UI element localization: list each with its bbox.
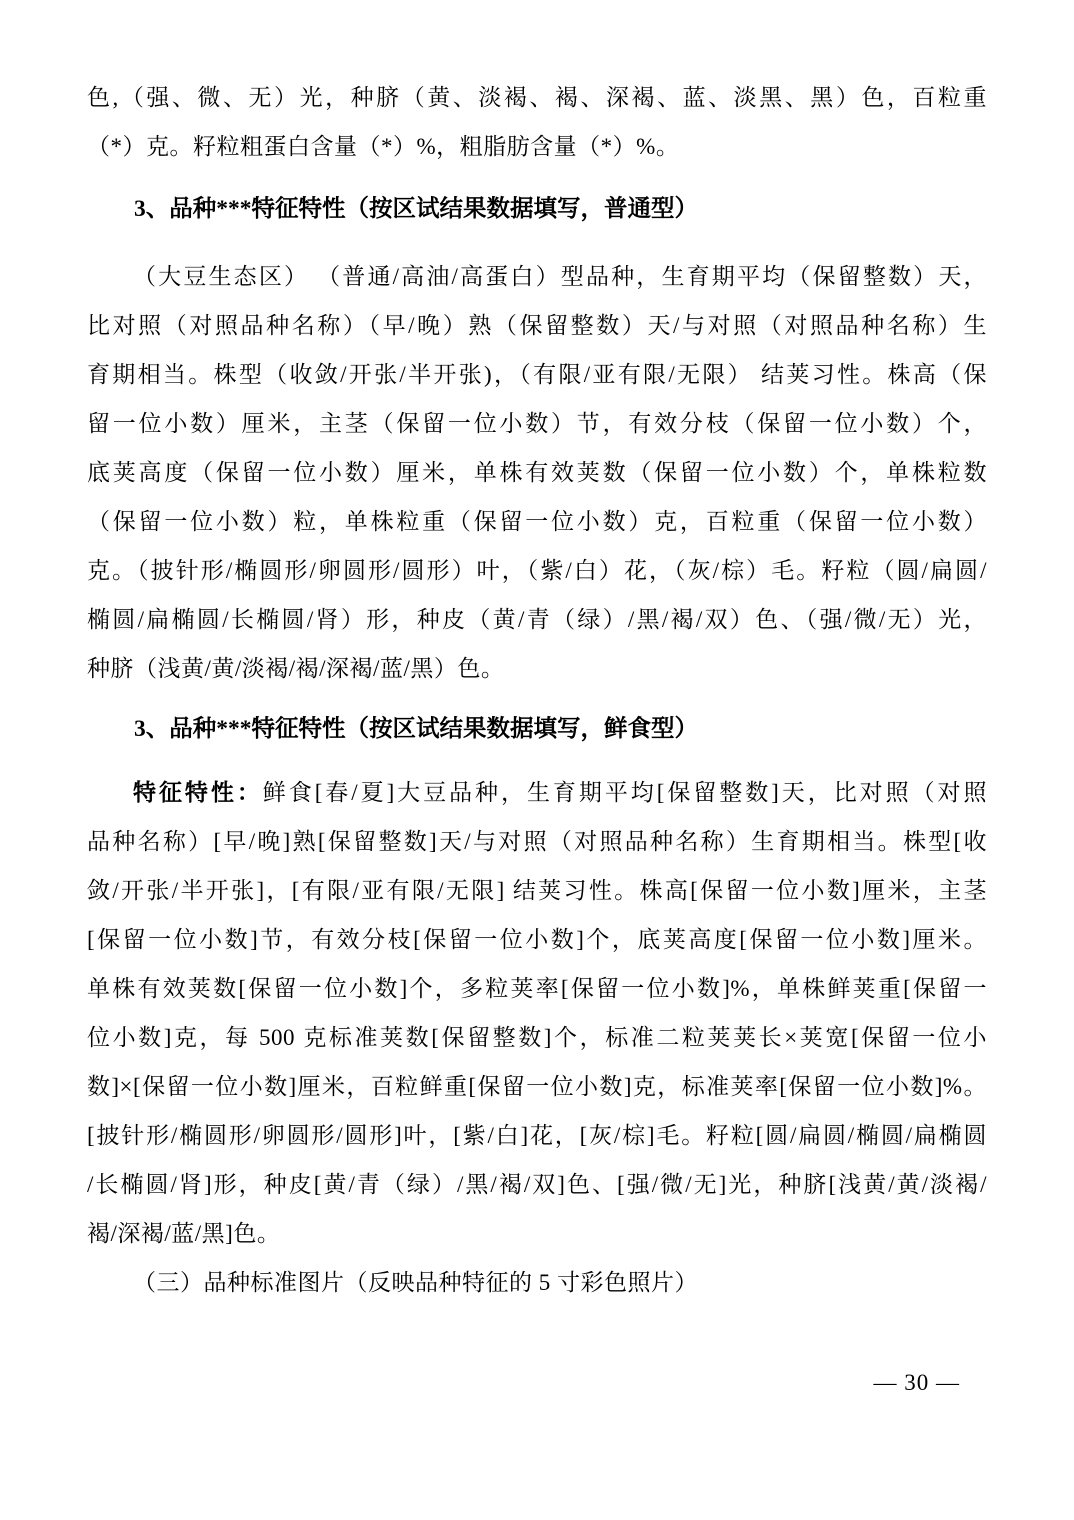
paragraph-continuation: 色,（强、微、无）光，种脐（黄、淡褐、褐、深褐、蓝、淡黑、黑）色，百粒重 （*）…	[87, 73, 987, 171]
text-line: 褐/深褐/蓝/黑]色。	[87, 1209, 987, 1258]
text-line: 色,（强、微、无）光，种脐（黄、淡褐、褐、深褐、蓝、淡黑、黑）色，百粒重	[87, 73, 987, 122]
paragraph-common-type: （大豆生态区） （普通/高油/高蛋白）型品种，生育期平均（保留整数）天， 比对照…	[87, 252, 987, 693]
document-content: 色,（强、微、无）光，种脐（黄、淡褐、褐、深褐、蓝、淡黑、黑）色，百粒重 （*）…	[87, 73, 987, 1307]
text-line: 椭圆/扁椭圆/长椭圆/肾）形，种皮（黄/青（绿）/黑/褐/双）色、（强/微/无）…	[87, 595, 987, 644]
text-line: 留一位小数）厘米，主茎（保留一位小数）节，有效分枝（保留一位小数）个，	[87, 399, 987, 448]
text-line: 比对照（对照品种名称）（早/晚）熟（保留整数）天/与对照（对照品种名称）生	[87, 301, 987, 350]
text-line: 底荚高度（保留一位小数）厘米，单株有效荚数（保留一位小数）个，单株粒数	[87, 448, 987, 497]
text-line: /长椭圆/肾]形，种皮[黄/青（绿）/黑/褐/双]色、[强/微/无]光，种脐[浅…	[87, 1160, 987, 1209]
paragraph-photo-note: （三）品种标准图片（反映品种特征的 5 寸彩色照片）	[87, 1258, 987, 1307]
text-line: 种脐（浅黄/黄/淡褐/褐/深褐/蓝/黑）色。	[87, 644, 987, 693]
heading-common-type: 3、品种***特征特性（按区试结果数据填写，普通型）	[87, 185, 987, 234]
text-line: 位小数]克，每 500 克标准荚数[保留整数]个，标准二粒荚荚长×荚宽[保留一位…	[87, 1013, 987, 1062]
text-line: 数]×[保留一位小数]厘米，百粒鲜重[保留一位小数]克，标准荚率[保留一位小数]…	[87, 1062, 987, 1111]
lead-label: 特征特性：	[133, 780, 263, 805]
text-line: [保留一位小数]节，有效分枝[保留一位小数]个，底荚高度[保留一位小数]厘米。	[87, 915, 987, 964]
text-segment: 鲜食[春/夏]大豆品种，生育期平均[保留整数]天，比对照（对照	[263, 780, 987, 805]
page-number: — 30 —	[874, 1368, 961, 1398]
text-line: 品种名称）[早/晚]熟[保留整数]天/与对照（对照品种名称）生育期相当。株型[收	[87, 817, 987, 866]
text-line: 单株有效荚数[保留一位小数]个，多粒荚率[保留一位小数]%，单株鲜荚重[保留一	[87, 964, 987, 1013]
text-line: 育期相当。株型（收敛/开张/半开张)，（有限/亚有限/无限） 结荚习性。株高（保	[87, 350, 987, 399]
text-line: [披针形/椭圆形/卵圆形/圆形]叶，[紫/白]花，[灰/棕]毛。籽粒[圆/扁圆/…	[87, 1111, 987, 1160]
text-line: 特征特性：鲜食[春/夏]大豆品种，生育期平均[保留整数]天，比对照（对照	[87, 768, 987, 817]
text-line: 克。（披针形/椭圆形/卵圆形/圆形）叶，（紫/白）花，（灰/棕）毛。籽粒（圆/扁…	[87, 546, 987, 595]
text-line: 敛/开张/半开张]，[有限/亚有限/无限] 结荚习性。株高[保留一位小数]厘米，…	[87, 866, 987, 915]
text-line: （大豆生态区） （普通/高油/高蛋白）型品种，生育期平均（保留整数）天，	[87, 252, 987, 301]
text-line: （保留一位小数）粒，单株粒重（保留一位小数）克，百粒重（保留一位小数）	[87, 497, 987, 546]
document-page: 色,（强、微、无）光，种脐（黄、淡褐、褐、深褐、蓝、淡黑、黑）色，百粒重 （*）…	[0, 0, 1074, 1520]
paragraph-fresh-type: 特征特性：鲜食[春/夏]大豆品种，生育期平均[保留整数]天，比对照（对照 品种名…	[87, 768, 987, 1258]
heading-fresh-type: 3、品种***特征特性（按区试结果数据填写，鲜食型）	[87, 705, 987, 754]
text-line: （*）克。籽粒粗蛋白含量（*）%，粗脂肪含量（*）%。	[87, 122, 987, 171]
